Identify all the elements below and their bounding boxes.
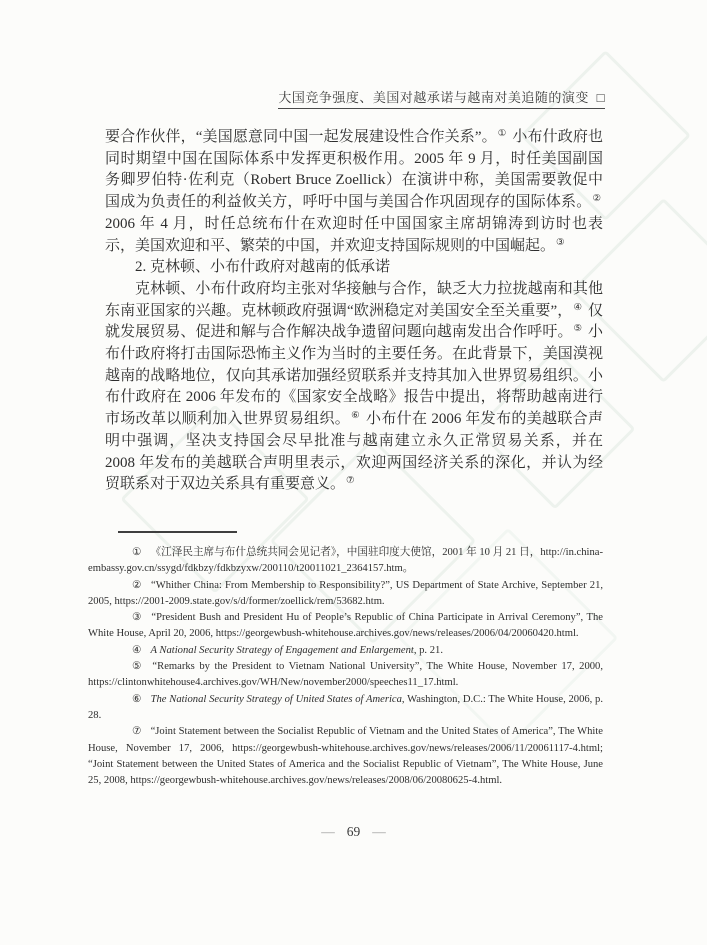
footnote-marker: ⑥ [132, 694, 142, 705]
footnote-marker: ⑤ [132, 661, 143, 672]
body-text: 要合作伙伴，“美国愿意同中国一起发展建设性合作关系”。① 小布什政府也同时期望中… [105, 127, 603, 496]
footnote-list: ①《江泽民主席与布什总统共同会见记者》，中国驻印度大使馆，2001 年 10 月… [88, 545, 603, 789]
section-heading: 2. 克林顿、小布什政府对越南的低承诺 [105, 257, 603, 279]
footnote-marker: ⑦ [132, 726, 142, 737]
page-number-value: 69 [347, 824, 361, 839]
footnote-work-title: A National Security Strategy of Engageme… [151, 645, 414, 656]
page-number-dash: — [321, 824, 335, 839]
running-header-title: 大国竞争强度、美国对越承诺与越南对美追随的演变 [278, 90, 589, 105]
footnote-item: ⑤“Remarks by the President to Vietnam Na… [88, 659, 603, 692]
page-number: —69— [0, 824, 707, 840]
footnote-marker: ① [132, 547, 142, 558]
footnote-item: ③“President Bush and President Hu of Peo… [88, 610, 603, 643]
end-of-chapter-square-icon: □ [597, 90, 605, 105]
footnote-ref: ⑦ [346, 476, 355, 486]
footnote-text: , p. 21. [414, 645, 443, 656]
footnote-ref: ④ [573, 303, 582, 313]
footnote-ref: ① [498, 129, 507, 139]
footnote-work-title: The National Security Strategy of United… [151, 694, 402, 705]
footnote-text: 《江泽民主席与布什总统共同会见记者》，中国驻印度大使馆，2001 年 10 月 … [88, 547, 603, 574]
footnote-ref: ③ [556, 238, 565, 248]
footnote-text: “Remarks by the President to Vietnam Nat… [88, 661, 603, 688]
footnote-text: “Joint Statement between the Socialist R… [88, 726, 603, 786]
footnote-ref: ② [592, 194, 601, 204]
footnote-marker: ③ [132, 612, 142, 623]
document-page: 大国竞争强度、美国对越承诺与越南对美追随的演变 □ 要合作伙伴，“美国愿意同中国… [0, 0, 707, 945]
footnote-text: “Whither China: From Membership to Respo… [88, 580, 603, 607]
footnote-marker: ② [132, 580, 142, 591]
footnote-text: “President Bush and President Hu of Peop… [88, 612, 603, 639]
paragraph: 克林顿、小布什政府均主张对华接触与合作，缺乏大力拉拢越南和其他东南亚国家的兴趣。… [105, 279, 603, 496]
paragraph-continuation: 要合作伙伴，“美国愿意同中国一起发展建设性合作关系”。① 小布什政府也同时期望中… [105, 127, 603, 257]
footnote-separator [118, 531, 237, 533]
footnote-item: ⑦“Joint Statement between the Socialist … [88, 724, 603, 789]
footnote-item: ④A National Security Strategy of Engagem… [88, 643, 603, 659]
page-number-dash: — [372, 824, 386, 839]
footnote-ref: ⑤ [574, 324, 583, 334]
footnote-item: ②“Whither China: From Membership to Resp… [88, 578, 603, 611]
footnote-item: ⑥The National Security Strategy of Unite… [88, 692, 603, 725]
running-header: 大国竞争强度、美国对越承诺与越南对美追随的演变 □ [278, 90, 605, 109]
footnote-item: ①《江泽民主席与布什总统共同会见记者》，中国驻印度大使馆，2001 年 10 月… [88, 545, 603, 578]
footnote-marker: ④ [132, 645, 142, 656]
footnote-ref: ⑥ [351, 411, 360, 421]
